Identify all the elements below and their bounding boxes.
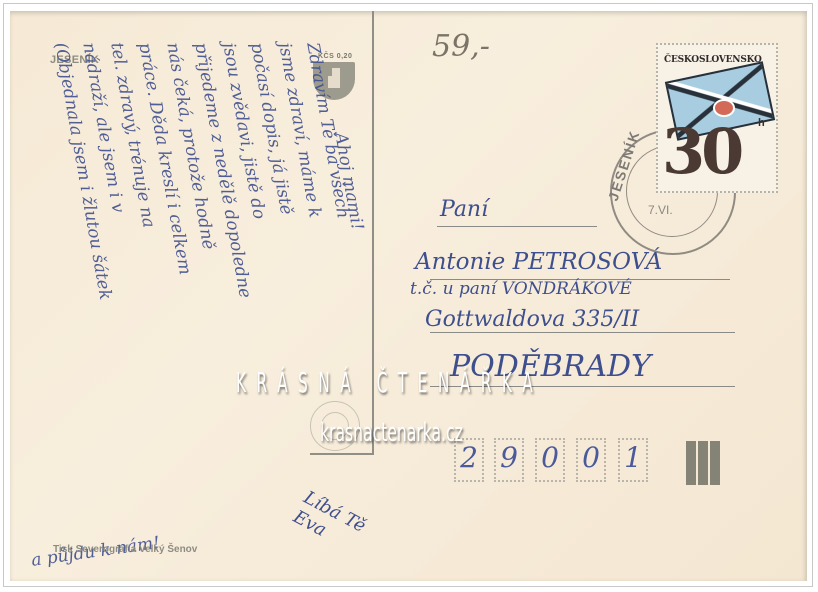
address-salutation: Paní — [440, 197, 488, 222]
postage-stamp: ČESKOSLOVENSKO 30 h — [656, 43, 778, 193]
price-note: 59,- — [432, 29, 490, 64]
postal-code-digit: 0 — [576, 441, 606, 474]
postmark-date: 7.VI. — [648, 203, 673, 217]
address-line-3 — [430, 332, 735, 333]
printer-imprint: Tisk Severografia Velký Šenov — [53, 544, 197, 555]
postcard: JESENÍK KČS 0,20 Ahoj mami!Zdravím Tě ba… — [10, 11, 807, 581]
stamp-value: 30 — [662, 115, 740, 188]
postal-code-digit: 0 — [535, 441, 565, 474]
postal-code-digit: 1 — [618, 441, 648, 474]
postal-code-bars-icon — [686, 441, 722, 490]
address-line-4 — [430, 386, 735, 387]
address-city: PODĚBRADY — [450, 349, 651, 384]
postal-code-digit: 2 — [454, 441, 484, 474]
address-name: Antonie PETROSOVÁ — [415, 249, 662, 275]
stamp-unit: h — [758, 117, 765, 129]
divider-line — [372, 11, 374, 454]
address-care-of: t.č. u paní VONDRÁKOVÉ — [410, 279, 632, 299]
round-ink-stamp — [310, 401, 360, 451]
address-line-1 — [437, 226, 597, 227]
address-street: Gottwaldova 335/II — [425, 307, 639, 332]
postal-code-digit: 9 — [494, 441, 524, 474]
